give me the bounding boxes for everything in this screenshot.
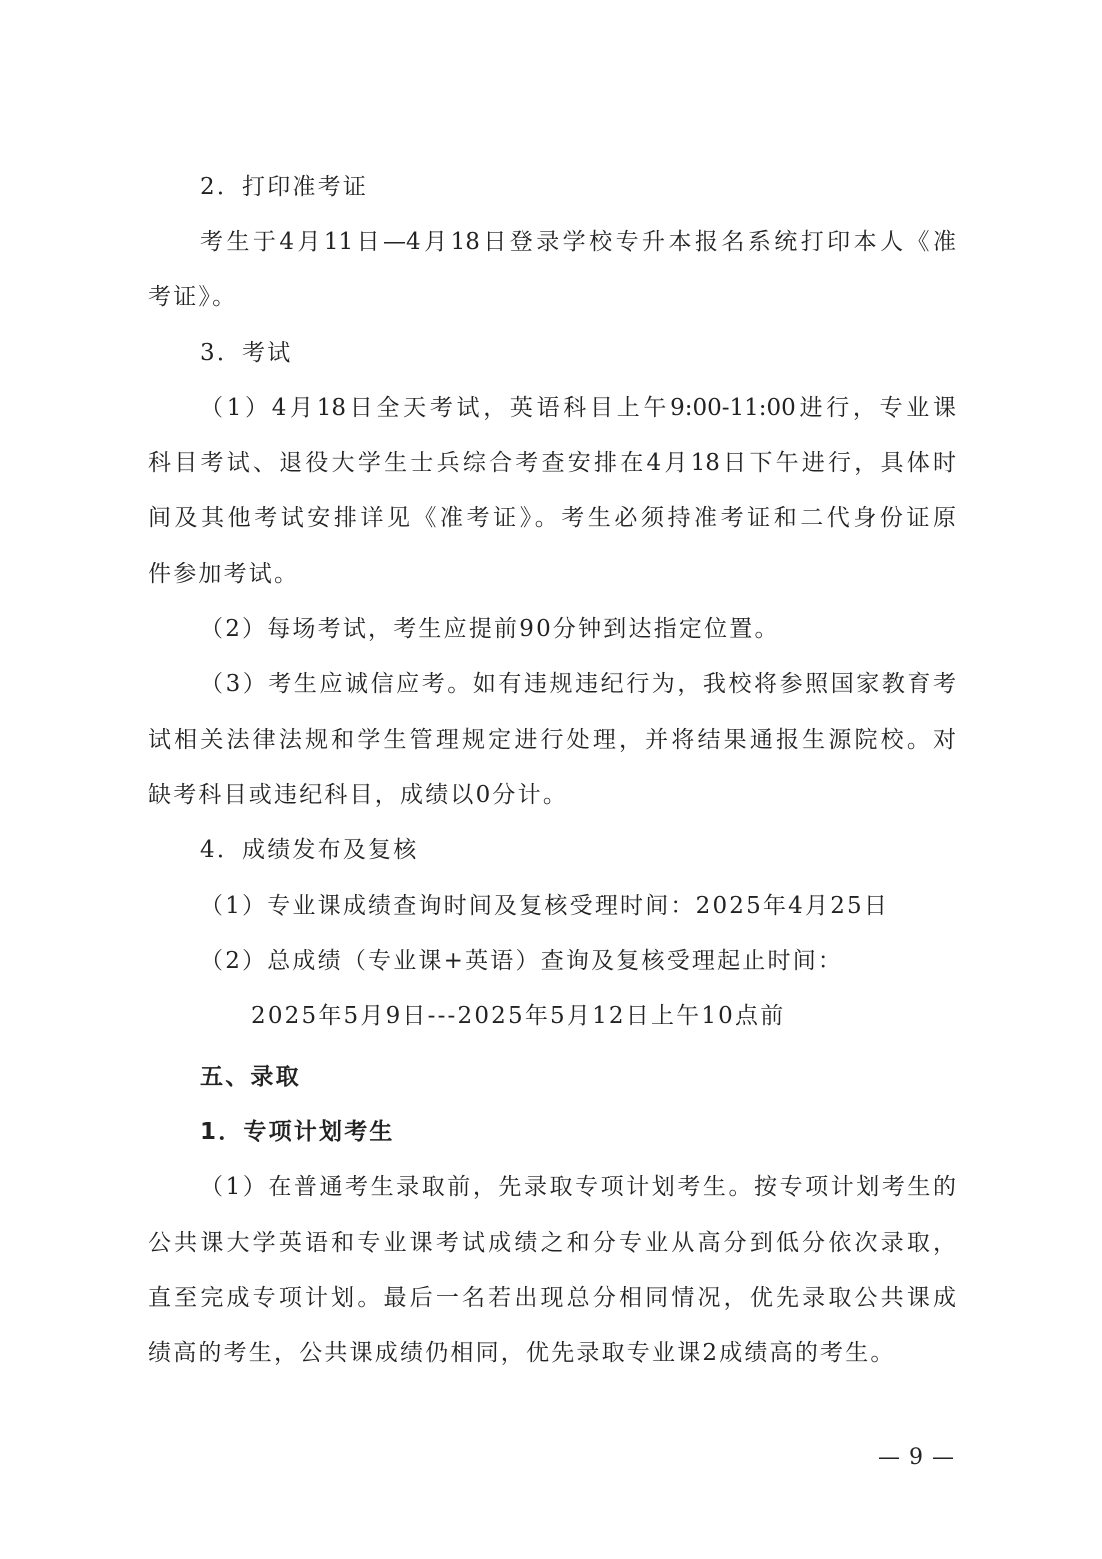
paragraph-line: （2）总成绩（专业课+英语）查询及复核受理起止时间： bbox=[200, 934, 843, 989]
page-number: — 9 — bbox=[878, 1445, 955, 1470]
paragraph-line-dates: 2025年5月9日---2025年5月12日上午10点前 bbox=[251, 989, 785, 1044]
paragraph-line: （1）专业课成绩查询时间及复核受理时间：2025年4月25日 bbox=[200, 879, 889, 934]
paragraph-line: （1）4月18日全天考试，英语科目上午9:00-11:00进行，专业课 bbox=[200, 381, 956, 436]
paragraph-line: 件参加考试。 bbox=[148, 547, 299, 602]
paragraph-line: 直至完成专项计划。最后一名若出现总分相同情况，优先录取公共课成 bbox=[148, 1271, 956, 1326]
paragraph-line: 考证》。 bbox=[148, 270, 237, 325]
paragraph-line: 公共课大学英语和专业课考试成绩之和分专业从高分到低分依次录取， bbox=[148, 1216, 956, 1271]
paragraph-line: 绩高的考生，公共课成绩仍相同，优先录取专业课2成绩高的考生。 bbox=[148, 1326, 896, 1381]
paragraph-line: （2）每场考试，考生应提前90分钟到达指定位置。 bbox=[200, 602, 780, 657]
paragraph-line: （1）在普通考生录取前，先录取专项计划考生。按专项计划考生的 bbox=[200, 1160, 956, 1215]
paragraph-line: 试相关法律法规和学生管理规定进行处理，并将结果通报生源院校。对 bbox=[148, 713, 956, 768]
paragraph-line: 考生于4月11日—4月18日登录学校专升本报名系统打印本人《准 bbox=[200, 215, 956, 270]
section-heading-score-release: 4．成绩发布及复核 bbox=[200, 823, 418, 878]
paragraph-line: 间及其他考试安排详见《准考证》。考生必须持准考证和二代身份证原 bbox=[148, 491, 956, 546]
chapter-heading-admission: 五、录取 bbox=[200, 1050, 301, 1105]
section-heading-exam: 3．考试 bbox=[200, 326, 292, 381]
paragraph-line: （3）考生应诚信应考。如有违规违纪行为，我校将参照国家教育考 bbox=[200, 657, 956, 712]
paragraph-line: 科目考试、退役大学生士兵综合考查安排在4月18日下午进行，具体时 bbox=[148, 436, 956, 491]
paragraph-line: 缺考科目或违纪科目，成绩以0分计。 bbox=[148, 768, 568, 823]
subsection-heading-special-plan: 1．专项计划考生 bbox=[200, 1105, 395, 1160]
section-heading-print-admission-ticket: 2．打印准考证 bbox=[200, 160, 368, 215]
